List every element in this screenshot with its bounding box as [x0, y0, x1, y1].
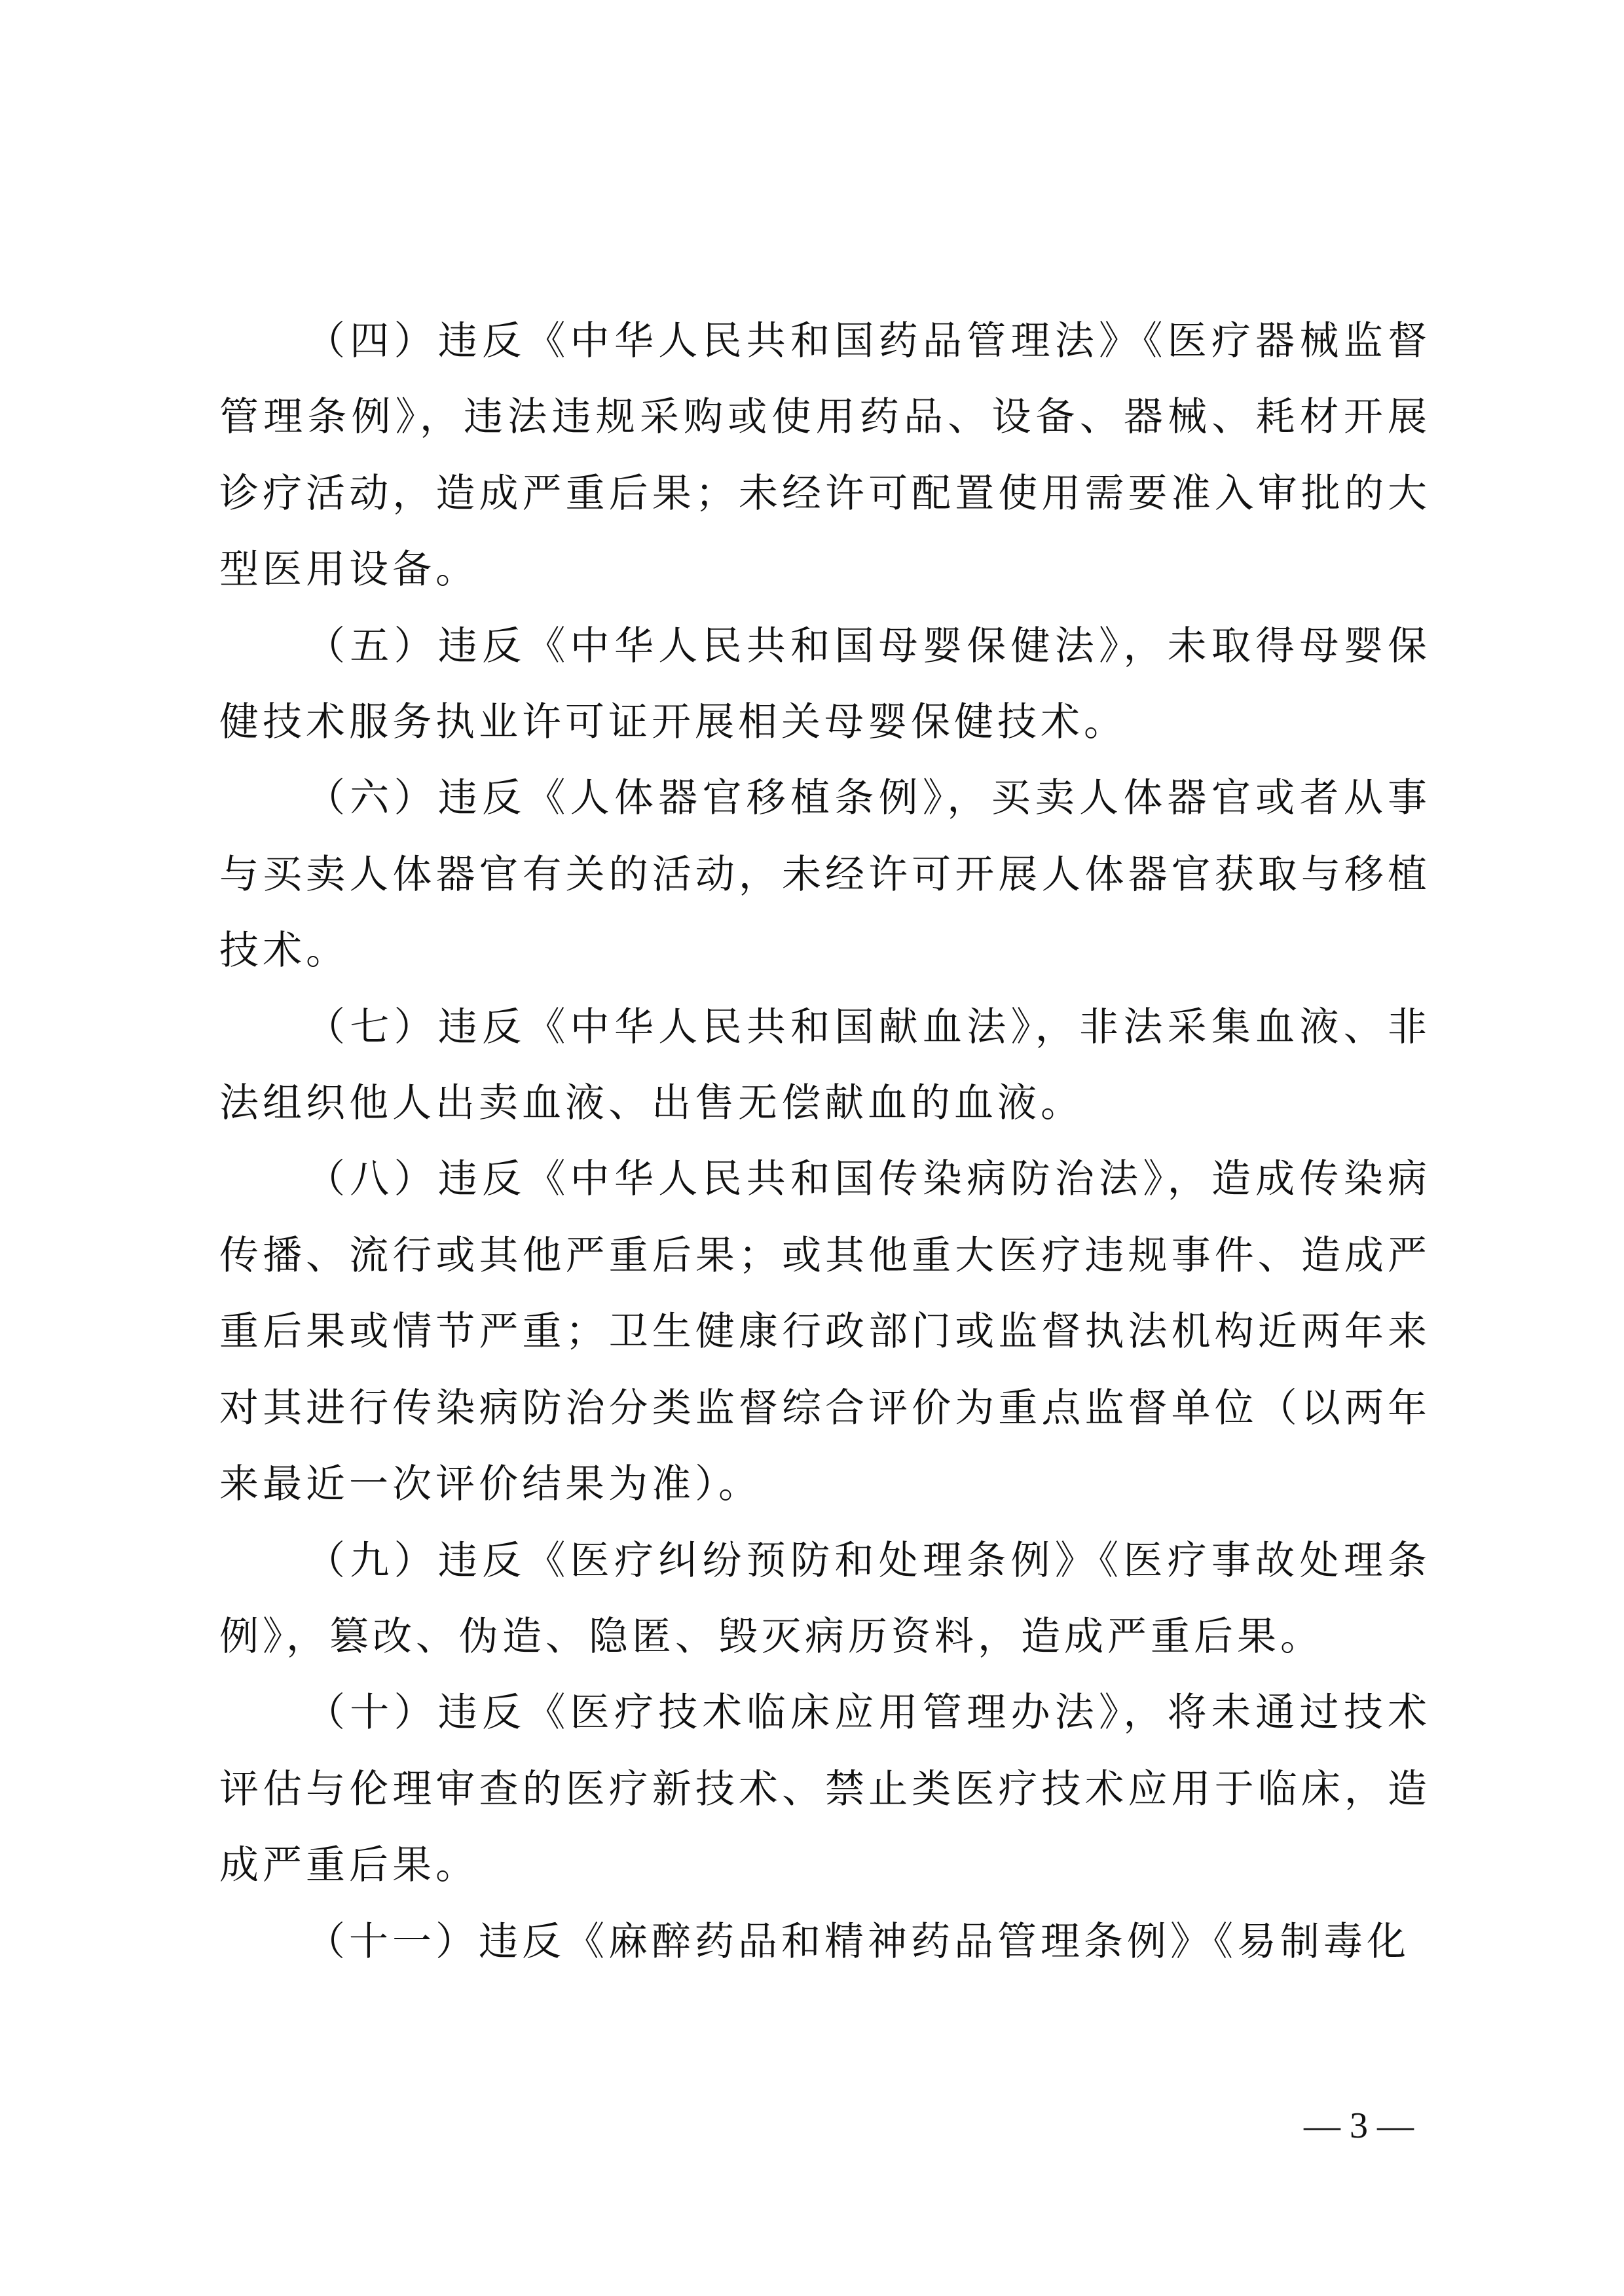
paragraph-4: （四）违反《中华人民共和国药品管理法》《医疗器械监督管理条例》，违法违规采购或使…	[219, 303, 1431, 608]
body-text: （四）违反《中华人民共和国药品管理法》《医疗器械监督管理条例》，违法违规采购或使…	[219, 303, 1431, 1980]
paragraph-11: （十一）违反《麻醉药品和精神药品管理条例》《易制毒化	[219, 1904, 1431, 1980]
paragraph-8: （八）违反《中华人民共和国传染病防治法》，造成传染病传播、流行或其他严重后果；或…	[219, 1141, 1431, 1522]
page-number: — 3 —	[1283, 2105, 1434, 2147]
paragraph-10: （十）违反《医疗技术临床应用管理办法》，将未通过技术评估与伦理审查的医疗新技术、…	[219, 1675, 1431, 1903]
paragraph-5: （五）违反《中华人民共和国母婴保健法》，未取得母婴保健技术服务执业许可证开展相关…	[219, 608, 1431, 761]
document-page: （四）违反《中华人民共和国药品管理法》《医疗器械监督管理条例》，违法违规采购或使…	[0, 0, 1624, 2296]
paragraph-6: （六）违反《人体器官移植条例》，买卖人体器官或者从事与买卖人体器官有关的活动，未…	[219, 760, 1431, 989]
paragraph-9: （九）违反《医疗纠纷预防和处理条例》《医疗事故处理条例》，篡改、伪造、隐匿、毁灭…	[219, 1523, 1431, 1675]
paragraph-7: （七）违反《中华人民共和国献血法》，非法采集血液、非法组织他人出卖血液、出售无偿…	[219, 989, 1431, 1142]
